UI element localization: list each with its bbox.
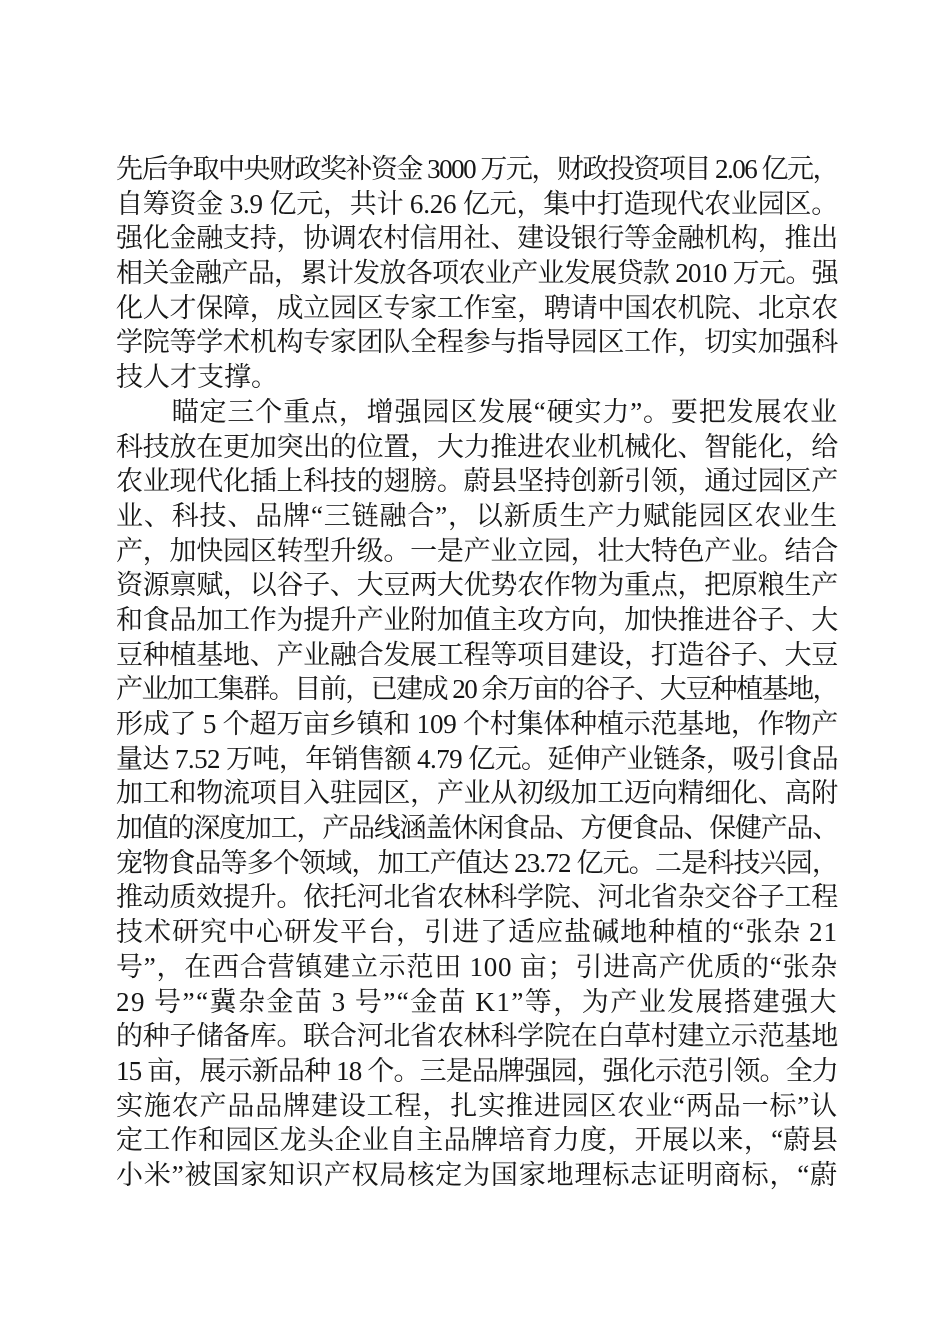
text-line-content: 29 号”“冀杂金苗 3 号”“金苗 K1”等，为产业发展搭建强大: [116, 987, 838, 1017]
text-line-content: 号”，在西合营镇建立示范田 100 亩；引进高产优质的“张杂: [116, 952, 838, 982]
text-line: 化人才保障，成立园区专家工作室，聘请中国农机院、北京农: [116, 291, 838, 326]
text-line-content: 强化金融支持，协调农村信用社、建设银行等金融机构，推出: [116, 223, 838, 253]
text-line-content: 学院等学术机构专家团队全程参与指导园区工作，切实加强科: [116, 327, 838, 357]
text-line-content: 瞄定三个重点，增强园区发展“硬实力”。要把发展农业: [116, 397, 838, 427]
text-line: 实施农产品品牌建设工程，扎实推进园区农业“两品一标”认: [116, 1089, 838, 1124]
text-line-content: 推动质效提升。依托河北省农林科学院、河北省杂交谷子工程: [116, 882, 838, 912]
text-line-content: 技人才支撑。: [116, 362, 278, 392]
text-line: 加工和物流项目入驻园区，产业从初级加工迈向精细化、高附: [116, 776, 838, 811]
text-line-content: 技术研究中心研发平台，引进了适应盐碱地种植的“张杂 21: [116, 917, 838, 947]
text-line: 形成了 5 个超万亩乡镇和 109 个村集体种植示范基地，作物产: [116, 707, 838, 742]
text-line-content: 加工和物流项目入驻园区，产业从初级加工迈向精细化、高附: [116, 778, 838, 808]
text-line-content: 小米”被国家知识产权局核定为国家地理标志证明商标，“蔚: [116, 1160, 838, 1190]
text-line-content: 产，加快园区转型升级。一是产业立园，壮大特色产业。结合: [116, 536, 838, 566]
text-line: 学院等学术机构专家团队全程参与指导园区工作，切实加强科: [116, 325, 838, 360]
document-page: 先后争取中央财政奖补资金 3000 万元，财政投资项目 2.06 亿元，自筹资金…: [0, 0, 950, 1344]
text-line-content: 形成了 5 个超万亩乡镇和 109 个村集体种植示范基地，作物产: [116, 709, 838, 739]
text-line-content: 加值的深度加工，产品线涵盖休闲食品、方便食品、保健产品、: [116, 813, 838, 843]
text-line: 资源禀赋，以谷子、大豆两大优势农作物为重点，把原粮生产: [116, 568, 838, 603]
text-line-content: 科技放在更加突出的位置，大力推进农业机械化、智能化，给: [116, 432, 838, 462]
text-line: 和食品加工作为提升产业附加值主攻方向，加快推进谷子、大: [116, 603, 838, 638]
text-line: 业、科技、品牌“三链融合”，以新质生产力赋能园区农业生: [116, 499, 838, 534]
text-line: 15 亩，展示新品种 18 个。三是品牌强园，强化示范引领。全力: [116, 1054, 838, 1089]
text-line: 29 号”“冀杂金苗 3 号”“金苗 K1”等，为产业发展搭建强大: [116, 985, 838, 1020]
text-line-content: 定工作和园区龙头企业自主品牌培育力度，开展以来，“蔚县: [116, 1125, 838, 1155]
text-line-content: 化人才保障，成立园区专家工作室，聘请中国农机院、北京农: [116, 293, 838, 323]
text-line-content: 先后争取中央财政奖补资金 3000 万元，财政投资项目 2.06 亿元，: [116, 154, 838, 184]
text-line: 加值的深度加工，产品线涵盖休闲食品、方便食品、保健产品、: [116, 811, 838, 846]
text-line: 科技放在更加突出的位置，大力推进农业机械化、智能化，给: [116, 430, 838, 465]
text-line-content: 和食品加工作为提升产业附加值主攻方向，加快推进谷子、大: [116, 605, 838, 635]
text-line: 小米”被国家知识产权局核定为国家地理标志证明商标，“蔚: [116, 1158, 838, 1193]
text-line-content: 产业加工集群。目前，已建成 20 余万亩的谷子、大豆种植基地，: [116, 674, 838, 704]
text-line-content: 资源禀赋，以谷子、大豆两大优势农作物为重点，把原粮生产: [116, 570, 838, 600]
text-line-content: 业、科技、品牌“三链融合”，以新质生产力赋能园区农业生: [116, 501, 838, 531]
text-line-content: 农业现代化插上科技的翅膀。蔚县坚持创新引领，通过园区产: [116, 466, 838, 496]
text-line-content: 实施农产品品牌建设工程，扎实推进园区农业“两品一标”认: [116, 1091, 838, 1121]
text-line-content: 相关金融产品，累计发放各项农业产业发展贷款 2010 万元。强: [116, 258, 838, 288]
text-line-content: 的种子储备库。联合河北省农林科学院在白草村建立示范基地: [116, 1021, 838, 1051]
text-line: 相关金融产品，累计发放各项农业产业发展贷款 2010 万元。强: [116, 256, 838, 291]
text-line: 量达 7.52 万吨，年销售额 4.79 亿元。延伸产业链条，吸引食品: [116, 742, 838, 777]
text-line: 的种子储备库。联合河北省农林科学院在白草村建立示范基地: [116, 1019, 838, 1054]
text-line: 先后争取中央财政奖补资金 3000 万元，财政投资项目 2.06 亿元，: [116, 152, 838, 187]
text-line: 推动质效提升。依托河北省农林科学院、河北省杂交谷子工程: [116, 880, 838, 915]
text-line: 农业现代化插上科技的翅膀。蔚县坚持创新引领，通过园区产: [116, 464, 838, 499]
text-line: 强化金融支持，协调农村信用社、建设银行等金融机构，推出: [116, 221, 838, 256]
text-line-content: 豆种植基地、产业融合发展工程等项目建设，打造谷子、大豆: [116, 640, 838, 670]
text-line-content: 宠物食品等多个领域，加工产值达 23.72 亿元。二是科技兴园，: [116, 848, 838, 878]
text-line: 定工作和园区龙头企业自主品牌培育力度，开展以来，“蔚县: [116, 1123, 838, 1158]
text-line: 自筹资金 3.9 亿元，共计 6.26 亿元，集中打造现代农业园区。: [116, 187, 838, 222]
text-line-content: 15 亩，展示新品种 18 个。三是品牌强园，强化示范引领。全力: [116, 1056, 838, 1086]
text-line: 产业加工集群。目前，已建成 20 余万亩的谷子、大豆种植基地，: [116, 672, 838, 707]
text-line-content: 自筹资金 3.9 亿元，共计 6.26 亿元，集中打造现代农业园区。: [116, 189, 838, 219]
text-line-content: 量达 7.52 万吨，年销售额 4.79 亿元。延伸产业链条，吸引食品: [116, 744, 838, 774]
text-line: 产，加快园区转型升级。一是产业立园，壮大特色产业。结合: [116, 534, 838, 569]
text-line: 技人才支撑。: [116, 360, 838, 395]
text-line: 号”，在西合营镇建立示范田 100 亩；引进高产优质的“张杂: [116, 950, 838, 985]
text-line: 豆种植基地、产业融合发展工程等项目建设，打造谷子、大豆: [116, 638, 838, 673]
text-line: 技术研究中心研发平台，引进了适应盐碱地种植的“张杂 21: [116, 915, 838, 950]
body-text: 先后争取中央财政奖补资金 3000 万元，财政投资项目 2.06 亿元，自筹资金…: [116, 152, 838, 1193]
text-line: 瞄定三个重点，增强园区发展“硬实力”。要把发展农业: [116, 395, 838, 430]
text-line: 宠物食品等多个领域，加工产值达 23.72 亿元。二是科技兴园，: [116, 846, 838, 881]
